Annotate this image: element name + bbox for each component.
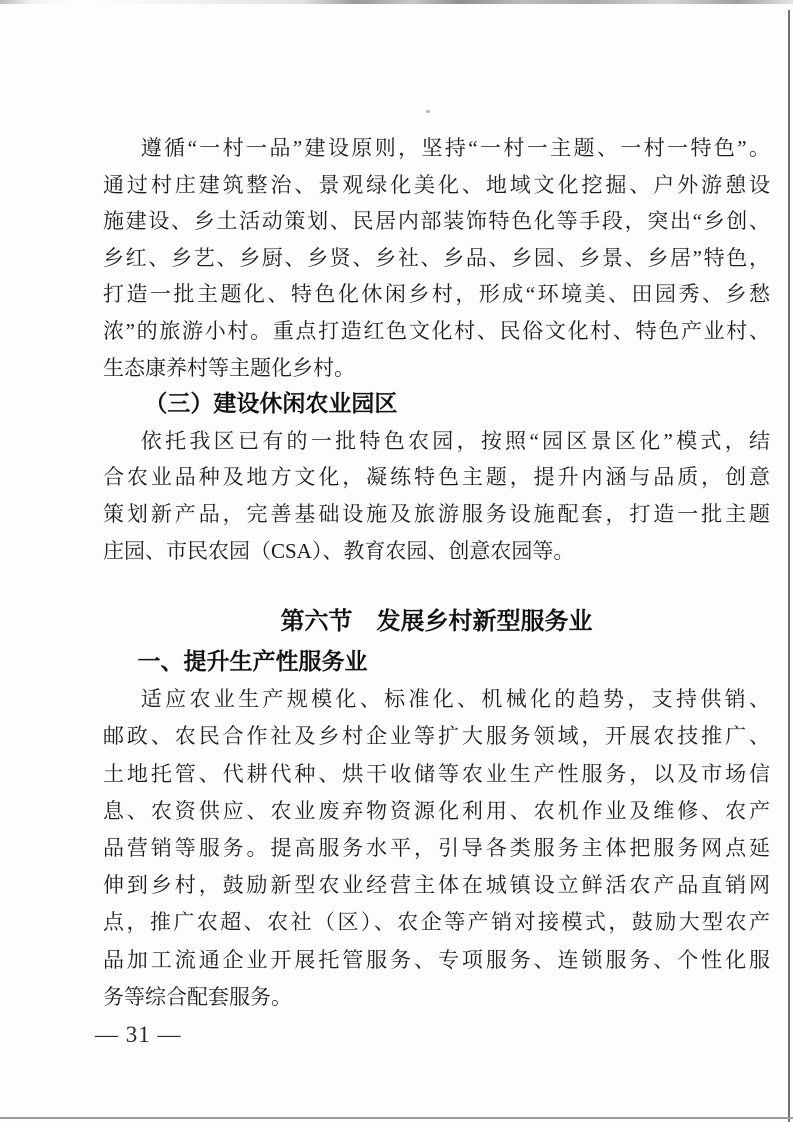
body-line: 息、农资供应、农业废弃物资源化利用、农机作业及维修、农产 bbox=[103, 793, 770, 830]
paragraph-productive-services: 适应农业生产规模化、标准化、机械化的趋势，支持供销、 邮政、农民合作社及乡村企业… bbox=[103, 681, 770, 1016]
sub-heading-productive-services: 一、提升生产性服务业 bbox=[103, 643, 770, 681]
scan-artifact-right-edge bbox=[788, 10, 790, 1122]
document-page: 遵循“一村一品”建设原则，坚持“一村一主题、一村一特色”。 通过村庄建筑整治、景… bbox=[0, 0, 793, 1122]
body-line: 适应农业生产规模化、标准化、机械化的趋势，支持供销、 bbox=[103, 681, 770, 718]
body-line: 务等综合配套服务。 bbox=[103, 979, 770, 1016]
body-line: 土地托管、代耕代种、烘干收储等农业生产性服务，以及市场信 bbox=[103, 756, 770, 793]
body-line: 生态康养村等主题化乡村。 bbox=[103, 350, 770, 387]
scan-artifact-top-edge bbox=[0, 0, 793, 4]
body-line: 邮政、农民合作社及乡村企业等扩大服务领域，开展农技推广、 bbox=[103, 718, 770, 755]
body-line: 施建设、乡土活动策划、民居内部装饰特色化等手段，突出“乡创、 bbox=[103, 203, 770, 240]
subsection-heading-leisure-agri-parks: （三）建设休闲农业园区 bbox=[103, 386, 770, 423]
body-line: 品营销等服务。提高服务水平，引导各类服务主体把服务网点延 bbox=[103, 830, 770, 867]
paragraph-agri-parks: 依托我区已有的一批特色农园，按照“园区景区化”模式，结 合农业品种及地方文化，凝… bbox=[103, 423, 770, 569]
scan-artifact-speck bbox=[426, 110, 430, 113]
body-line: 点，推广农超、农社（区）、农企等产销对接模式，鼓励大型农产 bbox=[103, 904, 770, 941]
body-line: 乡红、乡艺、乡厨、乡贤、乡社、乡品、乡园、乡景、乡居”特色， bbox=[103, 240, 770, 277]
body-line: 品加工流通企业开展托管服务、专项服务、连锁服务、个性化服 bbox=[103, 942, 770, 979]
section-heading-rural-services: 第六节 发展乡村新型服务业 bbox=[103, 601, 793, 643]
body-line: 通过村庄建筑整治、景观绿化美化、地域文化挖掘、户外游憩设 bbox=[103, 167, 770, 204]
section-gap bbox=[103, 569, 770, 601]
body-line: 依托我区已有的一批特色农园，按照“园区景区化”模式，结 bbox=[103, 423, 770, 460]
body-line: 策划新产品，完善基础设施及旅游服务设施配套，打造一批主题 bbox=[103, 496, 770, 533]
page-body: 遵循“一村一品”建设原则，坚持“一村一主题、一村一特色”。 通过村庄建筑整治、景… bbox=[103, 130, 770, 1016]
body-line: 庄园、市民农园（CSA）、教育农园、创意农园等。 bbox=[103, 533, 770, 570]
scan-artifact-bottom-edge bbox=[0, 1117, 793, 1119]
page-number: — 31 — bbox=[95, 1022, 182, 1048]
body-line: 打造一批主题化、特色化休闲乡村，形成“环境美、田园秀、乡愁 bbox=[103, 276, 770, 313]
body-line: 遵循“一村一品”建设原则，坚持“一村一主题、一村一特色”。 bbox=[103, 130, 770, 167]
body-line: 伸到乡村，鼓励新型农业经营主体在城镇设立鲜活农产品直销网 bbox=[103, 867, 770, 904]
body-line: 浓”的旅游小村。重点打造红色文化村、民俗文化村、特色产业村、 bbox=[103, 313, 770, 350]
paragraph-theme-villages: 遵循“一村一品”建设原则，坚持“一村一主题、一村一特色”。 通过村庄建筑整治、景… bbox=[103, 130, 770, 386]
body-line: 合农业品种及地方文化，凝练特色主题，提升内涵与品质，创意 bbox=[103, 459, 770, 496]
